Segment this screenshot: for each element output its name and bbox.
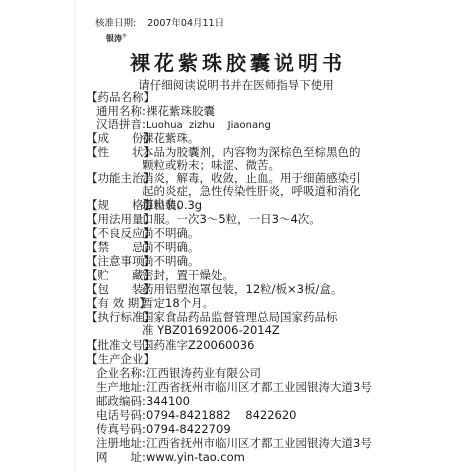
section-ingredients: 【成 份】裸花紫珠。: [86, 132, 364, 145]
section-value: 裸花紫珠。: [142, 132, 364, 145]
field-value: 江西省抚州市临川区才都工业园银涛大道3号: [146, 436, 372, 450]
brand-name: 银涛: [106, 34, 122, 43]
section-label: 【成 份】: [86, 132, 142, 145]
registered-address-row: 注册地址:江西省抚州市临川区才都工业园银涛大道3号: [96, 437, 372, 450]
section-label: 【有 效 期】: [86, 297, 142, 310]
field-label: 电话号码:: [96, 409, 146, 422]
field-label: 企业名称:: [96, 367, 146, 380]
section-value: 暂定18个月。: [142, 297, 364, 310]
section-appearance: 【性 状】本品为胶囊剂，内容物为深棕色至棕黑色的颗粒或粉末；味涩、微苦。: [86, 146, 364, 172]
section-contraindications: 【禁 忌】尚不明确。: [86, 241, 364, 254]
section-label: 【批准文号】: [86, 339, 142, 352]
field-value: 344100: [146, 394, 190, 408]
document-title: 裸花紫珠胶囊说明书: [0, 47, 472, 76]
field-label: 生产地址:: [96, 381, 146, 394]
section-label: 【规 格】: [86, 199, 142, 212]
section-value: 尚不明确。: [142, 227, 364, 240]
website-link[interactable]: www.yin-tao.com: [146, 450, 245, 464]
fax-row: 传真号码:0794-8422709: [96, 423, 231, 436]
drug-name-heading: 【药品名称】: [86, 91, 155, 104]
section-dosage: 【用法用量】口服。一次3～5粒，一日3～4次。: [86, 213, 364, 226]
section-value: 国药准字Z20060036: [142, 339, 364, 352]
section-standard: 【执行标准】国家食品药品监督管理总局国家药品标准 YBZ01692006-201…: [86, 311, 342, 337]
field-label: 网 址:: [96, 451, 146, 464]
field-value: 0794-8422709: [146, 422, 231, 436]
pinyin-row: 汉语拼音:Luohua zizhu Jiaonang: [96, 118, 271, 132]
section-label: 【不良反应】: [86, 227, 142, 240]
section-label: 【注意事项】: [86, 255, 142, 268]
section-label: 【贮 藏】: [86, 269, 142, 282]
section-value: 每粒装0.3g: [142, 199, 364, 212]
field-value: 江西省抚州市临川区才都工业园银涛大道3号: [146, 380, 372, 394]
manufacturer-heading: 【生产企业】: [86, 353, 155, 366]
field-label: 汉语拼音:: [96, 118, 146, 131]
field-label: 注册地址:: [96, 437, 146, 450]
section-label: 【用法用量】: [86, 213, 142, 226]
section-value: 口服。一次3～5粒，一日3～4次。: [142, 213, 364, 226]
field-value: 裸花紫珠胶囊: [146, 104, 215, 118]
field-label: 传真号码:: [96, 423, 146, 436]
approval-date: 2007年04月11日: [147, 18, 224, 29]
section-approval-number: 【批准文号】国药准字Z20060036: [86, 339, 364, 352]
section-value: 尚不明确。: [142, 255, 364, 268]
section-packaging: 【包 装】药用铝塑泡罩包装，12粒/板×3板/盒。: [86, 283, 364, 296]
section-value: 国家食品药品监督管理总局国家药品标准 YBZ01692006-2014Z: [142, 311, 342, 337]
field-label: 邮政编码:: [96, 395, 146, 408]
company-name-row: 企业名称:江西银涛药业有限公司: [96, 367, 261, 380]
section-shelf-life: 【有 效 期】暂定18个月。: [86, 297, 364, 310]
section-label: 【禁 忌】: [86, 241, 142, 254]
section-precautions: 【注意事项】尚不明确。: [86, 255, 364, 268]
section-label: 【性 状】: [86, 146, 142, 159]
field-value: Luohua zizhu Jiaonang: [146, 120, 271, 131]
postal-code-row: 邮政编码:344100: [96, 395, 190, 408]
phone-row: 电话号码:0794-8421882 8422620: [96, 409, 296, 422]
section-specification: 【规 格】每粒装0.3g: [86, 199, 364, 212]
section-storage: 【贮 藏】密封，置干燥处。: [86, 269, 364, 282]
production-address-row: 生产地址:江西省抚州市临川区才都工业园银涛大道3号: [96, 381, 372, 394]
approval-date-line: 核准日期: 2007年04月11日: [95, 15, 224, 29]
document-subtitle: 请仔细阅读说明书并在医师指导下使用: [0, 77, 472, 93]
registered-mark: ®: [122, 33, 127, 39]
approval-label: 核准日期:: [95, 18, 136, 29]
section-value: 药用铝塑泡罩包装，12粒/板×3板/盒。: [142, 283, 364, 296]
brand-logo: 银涛®: [106, 33, 127, 44]
field-value: 江西银涛药业有限公司: [146, 366, 261, 380]
section-adverse-reactions: 【不良反应】尚不明确。: [86, 227, 364, 240]
website-row: 网 址:www.yin-tao.com: [96, 451, 245, 464]
section-value: 尚不明确。: [142, 241, 364, 254]
section-label: 【包 装】: [86, 283, 142, 296]
section-label: 【功能主治】: [86, 172, 142, 185]
section-value: 密封，置干燥处。: [142, 269, 364, 282]
section-value: 本品为胶囊剂，内容物为深棕色至棕黑色的颗粒或粉末；味涩、微苦。: [142, 146, 364, 172]
field-value: 0794-8421882 8422620: [146, 408, 296, 422]
section-label: 【执行标准】: [86, 311, 142, 324]
